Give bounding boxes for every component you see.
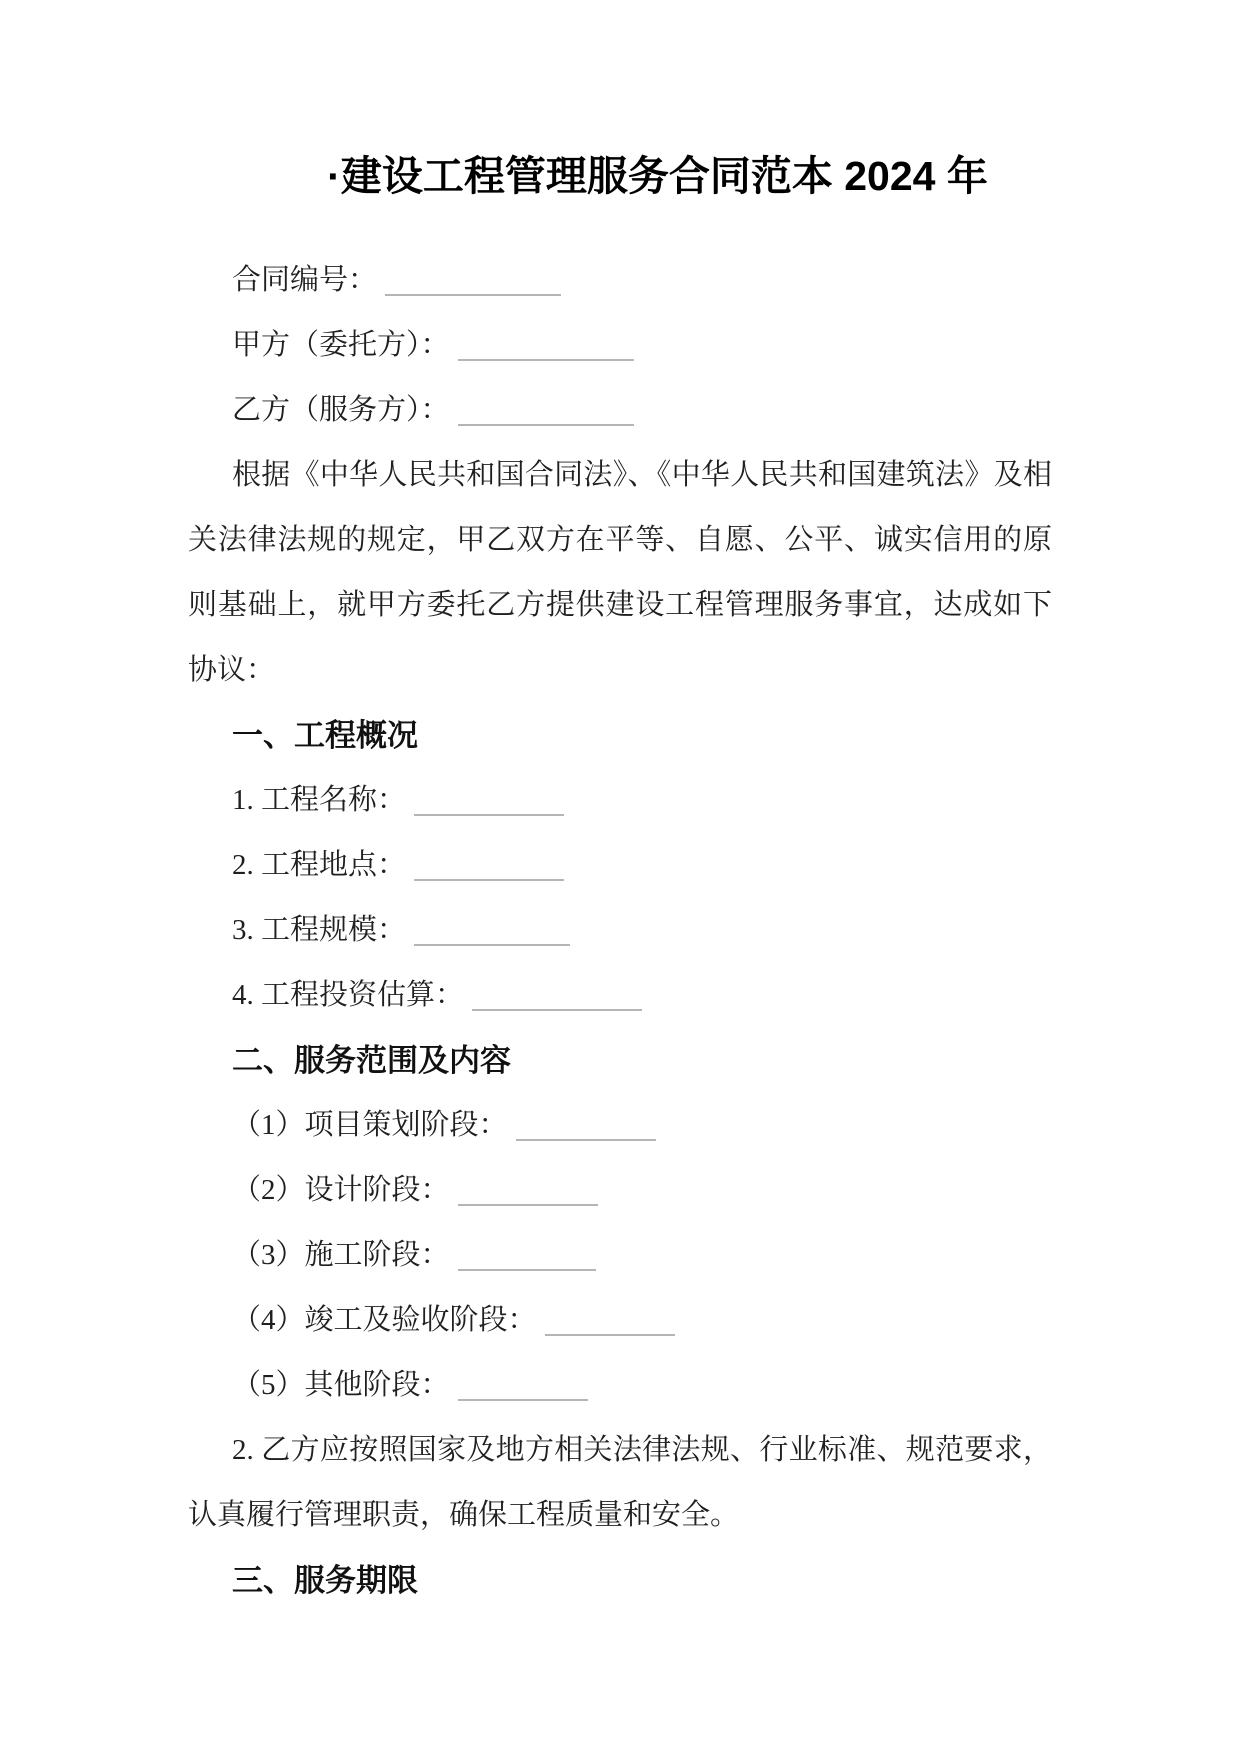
stage-planning-row: （1）项目策划阶段： xyxy=(188,1093,1052,1158)
stage-planning-blank[interactable] xyxy=(516,1117,656,1141)
document-body: 合同编号： 甲方（委托方）： 乙方（服务方）： 根据《中华人民共和国合同法》、《… xyxy=(0,248,1240,1613)
stage-other-row: （5）其他阶段： xyxy=(188,1353,1052,1418)
project-name-row: 1. 工程名称： xyxy=(188,768,1052,833)
document-title: ·建设工程管理服务合同范本 2024 年 xyxy=(0,152,1240,200)
contract-number-row: 合同编号： xyxy=(188,248,1052,313)
stage-design-row: （2）设计阶段： xyxy=(188,1158,1052,1223)
stage-planning-label: （1）项目策划阶段： xyxy=(232,1109,508,1141)
party-b-row: 乙方（服务方）： xyxy=(188,378,1052,443)
section3-heading: 三、服务期限 xyxy=(188,1548,1052,1613)
project-scale-blank[interactable] xyxy=(414,922,570,946)
section1-heading: 一、工程概况 xyxy=(188,703,1052,768)
stage-design-label: （2）设计阶段： xyxy=(232,1174,450,1206)
section2-heading: 二、服务范围及内容 xyxy=(188,1028,1052,1093)
section2-obligation-paragraph: 2. 乙方应按照国家及地方相关法律法规、行业标准、规范要求，认真履行管理职责，确… xyxy=(188,1418,1052,1548)
party-b-blank[interactable] xyxy=(458,402,634,426)
stage-other-blank[interactable] xyxy=(458,1377,588,1401)
project-investment-blank[interactable] xyxy=(472,987,642,1011)
stage-completion-blank[interactable] xyxy=(545,1312,675,1336)
party-b-label: 乙方（服务方）： xyxy=(232,394,450,426)
contract-number-label: 合同编号： xyxy=(232,264,377,296)
project-scale-label: 3. 工程规模： xyxy=(232,914,406,946)
project-location-row: 2. 工程地点： xyxy=(188,833,1052,898)
stage-completion-row: （4）竣工及验收阶段： xyxy=(188,1288,1052,1353)
contract-document-page: ·建设工程管理服务合同范本 2024 年 合同编号： 甲方（委托方）： 乙方（服… xyxy=(0,0,1240,1753)
intro-paragraph: 根据《中华人民共和国合同法》、《中华人民共和国建筑法》及相关法律法规的规定，甲乙… xyxy=(188,443,1052,703)
project-scale-row: 3. 工程规模： xyxy=(188,898,1052,963)
stage-construction-row: （3）施工阶段： xyxy=(188,1223,1052,1288)
stage-construction-blank[interactable] xyxy=(458,1247,596,1271)
project-name-blank[interactable] xyxy=(414,792,564,816)
stage-design-blank[interactable] xyxy=(458,1182,598,1206)
project-location-blank[interactable] xyxy=(414,857,564,881)
project-location-label: 2. 工程地点： xyxy=(232,849,406,881)
stage-completion-label: （4）竣工及验收阶段： xyxy=(232,1304,537,1336)
project-investment-label: 4. 工程投资估算： xyxy=(232,979,464,1011)
party-a-blank[interactable] xyxy=(458,337,634,361)
party-a-label: 甲方（委托方）： xyxy=(232,329,450,361)
project-name-label: 1. 工程名称： xyxy=(232,784,406,816)
stage-other-label: （5）其他阶段： xyxy=(232,1369,450,1401)
contract-number-blank[interactable] xyxy=(385,272,561,296)
stage-construction-label: （3）施工阶段： xyxy=(232,1239,450,1271)
project-investment-row: 4. 工程投资估算： xyxy=(188,963,1052,1028)
party-a-row: 甲方（委托方）： xyxy=(188,313,1052,378)
